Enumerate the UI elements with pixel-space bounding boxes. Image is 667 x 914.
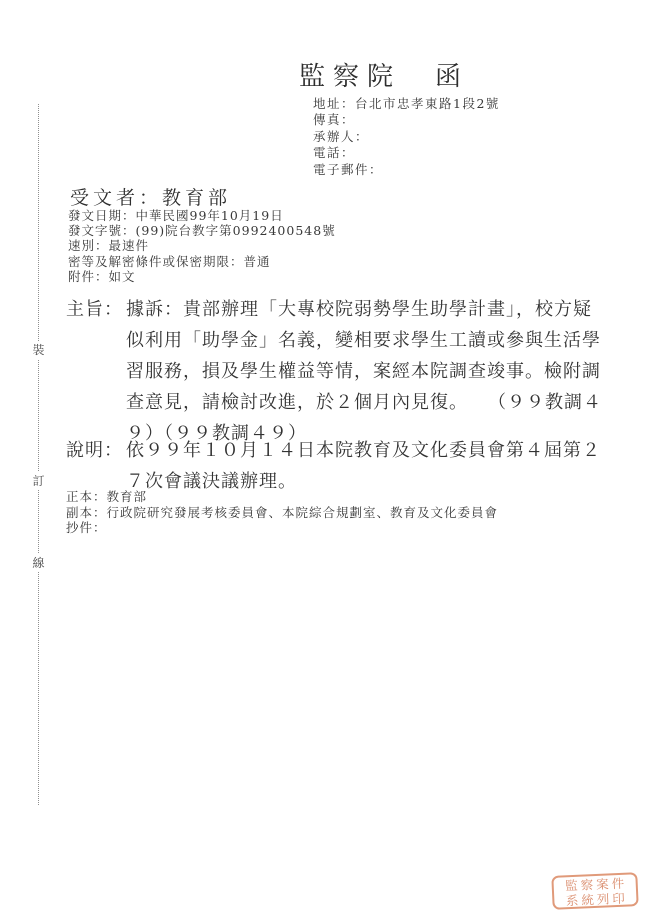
copies-block: 正本：教育部 副本：行政院研究發展考核委員會、本院綜合規劃室、教育及文化委員會 … xyxy=(66,489,498,536)
sender-phone: 電話： xyxy=(313,145,500,161)
meta-attachment: 附件：如文 xyxy=(68,269,336,284)
subject-line: 習服務，損及學生權益等情，案經本院調查竣事。檢附調 xyxy=(126,356,602,387)
copy-original: 正本：教育部 xyxy=(66,489,498,505)
meta-reference-number: 發文字號：(99)院台教字第0992400548號 xyxy=(68,223,336,238)
copy-cc: 副本：行政院研究發展考核委員會、本院綜合規劃室、教育及文化委員會 xyxy=(66,505,498,521)
sender-officer: 承辦人： xyxy=(313,129,500,145)
document-page: 裝 訂 線 監察院 函 地址：台北市忠孝東路1段2號 傳真： 承辦人： 電話： … xyxy=(0,0,667,914)
subject-body: 據訴：貴部辦理「大專校院弱勢學生助學計畫」，校方疑 似利用「助學金」名義，變相要… xyxy=(126,294,602,449)
document-title: 監察院 函 xyxy=(299,56,469,93)
copy-transcript: 抄件： xyxy=(66,520,498,536)
binding-char-xian: 線 xyxy=(31,554,46,572)
meta-speed-class: 速別：最速件 xyxy=(68,238,336,253)
explanation-label: 說明： xyxy=(66,435,126,466)
meta-security-class: 密等及解密條件或保密期限：普通 xyxy=(68,254,336,269)
explanation-body: 依９９年１０月１４日本院教育及文化委員會第４屆第２ ７次會議決議辦理。 xyxy=(126,435,601,497)
subject-line: 據訴：貴部辦理「大專校院弱勢學生助學計畫」，校方疑 xyxy=(126,294,602,325)
explanation-paragraph: 說明： 依９９年１０月１４日本院教育及文化委員會第４屆第２ ７次會議決議辦理。 xyxy=(66,435,601,497)
binding-char-zhuang: 裝 xyxy=(31,341,46,359)
binding-dotted-line xyxy=(38,104,39,805)
subject-line: 查意見，請檢討改進，於２個月內見復。 （９９教調４ xyxy=(126,387,602,418)
agency-stamp: 監察案件 系統列印 xyxy=(551,872,638,910)
subject-line: 似利用「助學金」名義，變相要求學生工讀或參與生活學 xyxy=(126,325,602,356)
meta-block: 發文日期：中華民國99年10月19日 發文字號：(99)院台教字第0992400… xyxy=(68,208,336,284)
stamp-row-2: 系統列印 xyxy=(554,890,637,909)
binding-char-ding: 訂 xyxy=(31,472,46,490)
sender-fax: 傳真： xyxy=(313,112,500,128)
meta-issue-date: 發文日期：中華民國99年10月19日 xyxy=(68,208,336,223)
subject-label: 主旨： xyxy=(66,294,126,325)
subject-paragraph: 主旨： 據訴：貴部辦理「大專校院弱勢學生助學計畫」，校方疑 似利用「助學金」名義… xyxy=(66,294,602,449)
recipient-line: 受文者：教育部 xyxy=(70,183,231,210)
sender-email: 電子郵件： xyxy=(313,162,500,178)
sender-info-block: 地址：台北市忠孝東路1段2號 傳真： 承辦人： 電話： 電子郵件： xyxy=(313,96,500,178)
explanation-line: 依９９年１０月１４日本院教育及文化委員會第４屆第２ xyxy=(126,435,601,466)
sender-address: 地址：台北市忠孝東路1段2號 xyxy=(313,96,500,112)
